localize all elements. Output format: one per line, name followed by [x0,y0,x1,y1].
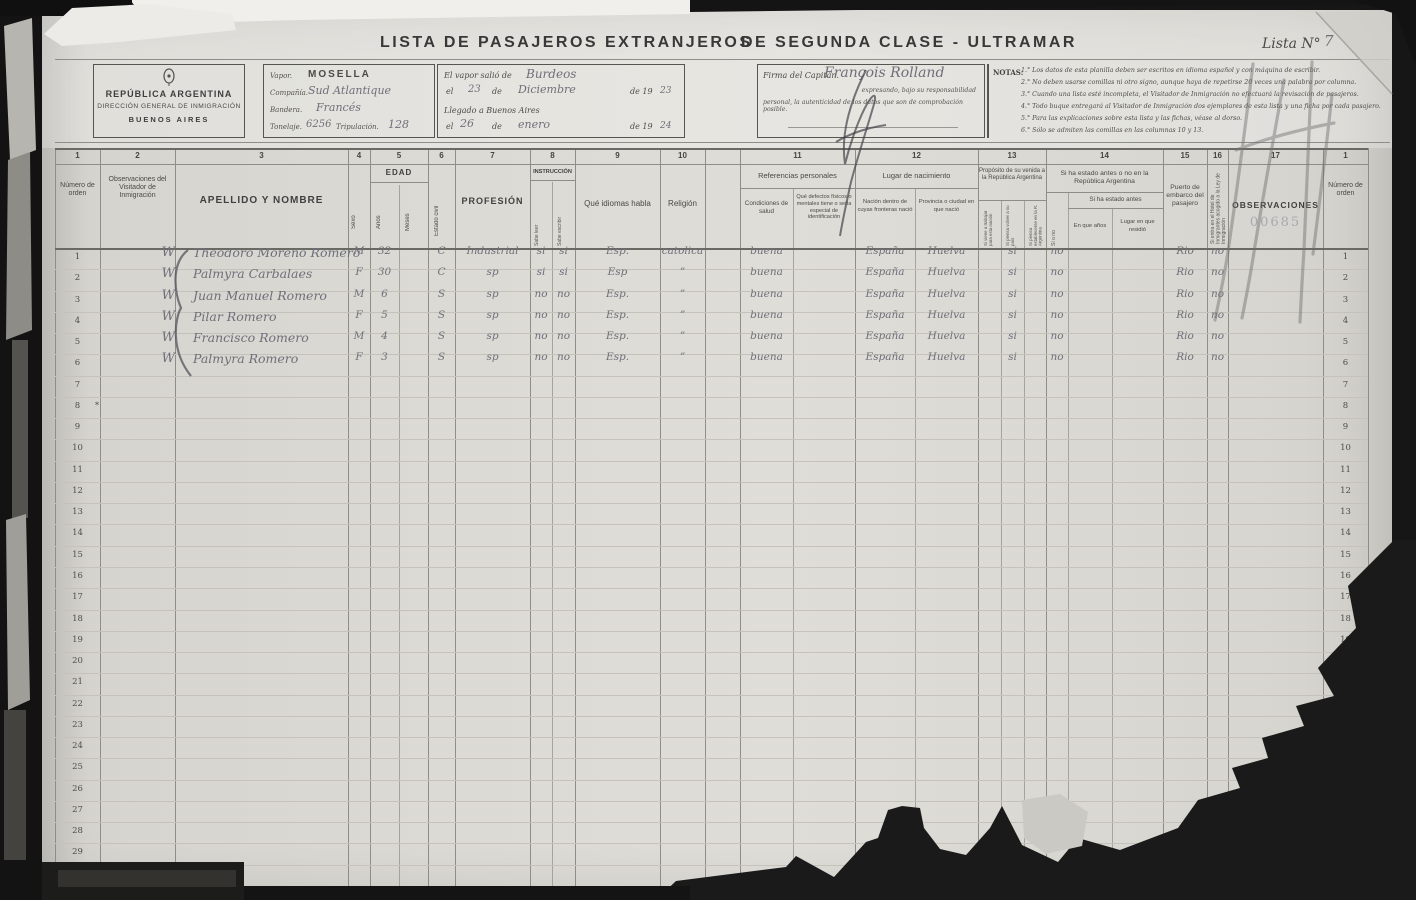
table-cell: W [100,266,181,287]
table-cell: 6 [370,288,399,309]
table-cell: S [428,351,455,372]
row-line [55,376,1368,377]
row-line [55,397,1368,398]
grid-line-v [793,188,794,886]
grid-line-v [978,148,979,886]
row-number-left: 29 [55,847,100,857]
table-cell: Theodoro Moreno Romero [175,245,366,266]
row-number-left: 24 [55,741,100,751]
table-cell: ” [660,266,705,287]
row-number-right: 11 [1323,465,1368,475]
row-line [55,524,1368,525]
table-cell: Huelva [915,245,978,266]
grid-line-v [1228,148,1229,886]
grid-line-h [855,188,978,189]
table-cell: no [1046,351,1068,372]
table-cell: M [348,245,370,266]
table-cell: ” [660,309,705,330]
row-line [55,652,1368,653]
row-number-right: 13 [1323,507,1368,517]
table-cell: Esp. [575,288,660,309]
row-line [55,546,1368,547]
row-line [55,801,1368,802]
row-number-right: 21 [1323,677,1368,687]
column-number: 12 [855,151,978,160]
table-cell: Palmyra Romero [175,351,366,372]
row-number-left: 7 [55,380,100,390]
table-cell: sp [455,330,530,351]
row-number-left: 1 [55,252,100,262]
table-cell: sp [455,288,530,309]
table-cell: 30 [370,266,399,287]
row-number-left: 23 [55,720,100,730]
table-cell: no [1207,309,1228,330]
row-number-left: 9 [55,422,100,432]
table-cell: Rio [1163,245,1207,266]
table-cell: no [1207,288,1228,309]
row-number-right: 16 [1323,571,1368,581]
table-cell: no [552,288,575,309]
grid-line-h [530,180,575,181]
row-number-right: 1 [1323,252,1368,262]
table-cell: Rio [1163,351,1207,372]
row-asterisk: * [92,401,102,411]
table-cell: Esp. [575,330,660,351]
row-number-left: 12 [55,486,100,496]
table-cell: W [100,288,181,309]
row-number-right: 10 [1323,443,1368,453]
table-cell: Esp. [575,351,660,372]
row-number-right: 14 [1323,528,1368,538]
table-cell: M [348,330,370,351]
row-line [55,865,1368,866]
row-line [55,418,1368,419]
row-number-right: 27 [1323,805,1368,815]
table-cell: buena [740,309,793,330]
row-number-right: 22 [1323,699,1368,709]
table-cell: no [552,330,575,351]
table-cell: Rio [1163,288,1207,309]
table-cell: España [855,266,915,287]
row-number-left: 26 [55,784,100,794]
grid-line-h [55,886,1368,888]
row-line [55,758,1368,759]
grid-line-h [55,164,1368,165]
table-cell: si [1001,351,1024,372]
table-cell: C [428,266,455,287]
row-number-left: 15 [55,550,100,560]
row-number-right: 8 [1323,401,1368,411]
table-cell: si [1001,266,1024,287]
row-number-left: 5 [55,337,100,347]
table-cell: si [1001,330,1024,351]
table-cell: si [552,245,575,266]
table-cell: si [530,245,552,266]
column-number: 7 [455,151,530,160]
row-line [55,716,1368,717]
row-line [55,631,1368,632]
table-cell: 4 [370,330,399,351]
table-cell: M [348,288,370,309]
row-number-left: 2 [55,273,100,283]
table-cell: C [428,245,455,266]
table-cell: buena [740,288,793,309]
row-number-right: 5 [1323,337,1368,347]
column-number: 2 [100,151,175,160]
row-number-right: 17 [1323,592,1368,602]
table-cell: no [1046,245,1068,266]
table-cell: Huelva [915,266,978,287]
row-number-left: 10 [55,443,100,453]
table-cell: S [428,309,455,330]
table-cell: no [530,288,552,309]
table-cell: no [530,309,552,330]
row-number-right: 2 [1323,273,1368,283]
row-number-right: 29 [1323,847,1368,857]
table-cell: S [428,288,455,309]
column-number: 11 [740,151,855,160]
column-number: 8 [530,151,575,160]
grid-line-v [1112,208,1113,886]
row-number-left: 19 [55,635,100,645]
row-number-right: 19 [1323,635,1368,645]
table-cell: S [428,330,455,351]
table-cell: si [530,266,552,287]
row-line [55,695,1368,696]
column-number: 4 [348,151,370,160]
row-number-right: 18 [1323,614,1368,624]
scanned-document-background: LISTA DE PASAJEROS EXTRANJEROS DE SEGUND… [0,0,1416,900]
grid-line-h [370,182,428,183]
table-cell: si [1001,288,1024,309]
column-number: 1 [1323,151,1368,160]
grid-line-h [978,200,1046,201]
row-number-right: 9 [1323,422,1368,432]
table-cell: Huelva [915,288,978,309]
row-number-right: 24 [1323,741,1368,751]
row-line [55,673,1368,674]
row-number-right: 26 [1323,784,1368,794]
table-cell: no [1046,288,1068,309]
grid-line-h [1068,208,1163,209]
row-number-left: 16 [55,571,100,581]
table-cell: Esp. [575,309,660,330]
column-number: 14 [1046,151,1163,160]
row-number-left: 11 [55,465,100,475]
table-body: 1234567891011121314151617111223344556677… [0,0,1416,900]
table-cell: Rio [1163,309,1207,330]
row-number-right: 15 [1323,550,1368,560]
row-line [55,567,1368,568]
row-number-left: 13 [55,507,100,517]
table-cell: si [1001,245,1024,266]
row-line [55,503,1368,504]
table-cell: 5 [370,309,399,330]
row-number-right: 30 [1323,869,1368,879]
table-cell: España [855,288,915,309]
row-number-right: 3 [1323,295,1368,305]
table-cell: Francisco Romero [175,330,366,351]
row-line [55,461,1368,462]
table-cell: F [348,266,370,287]
table-cell: Huelva [915,330,978,351]
table-cell: Industrial [455,245,530,266]
column-number: 13 [978,151,1046,160]
row-number-right: 7 [1323,380,1368,390]
column-number: 15 [1163,151,1207,160]
table-cell: si [552,266,575,287]
column-number: 3 [175,151,348,160]
column-number: 10 [660,151,705,160]
table-cell: España [855,330,915,351]
table-cell: buena [740,245,793,266]
row-number-left: 28 [55,826,100,836]
row-line [55,482,1368,483]
row-number-left: 27 [55,805,100,815]
table-cell: Huelva [915,351,978,372]
row-line [55,610,1368,611]
row-number-left: 3 [55,295,100,305]
table-cell: no [1046,266,1068,287]
row-number-right: 25 [1323,762,1368,772]
grid-line-h [1046,192,1163,193]
row-number-left: 17 [55,592,100,602]
row-number-left: 20 [55,656,100,666]
table-cell: Juan Manuel Romero [175,288,366,309]
table-cell: España [855,245,915,266]
table-cell: España [855,309,915,330]
row-number-left: 18 [55,614,100,624]
table-cell: no [1207,351,1228,372]
table-cell: no [1207,245,1228,266]
column-number: 5 [370,151,428,160]
row-line [55,588,1368,589]
table-cell: 3 [370,351,399,372]
row-number-right: 4 [1323,316,1368,326]
table-cell: Rio [1163,266,1207,287]
grid-line-h [740,188,855,189]
grid-line-h [55,148,1368,150]
grid-line-v [1024,200,1025,886]
grid-line-v [1068,192,1069,886]
table-cell: W [100,351,181,372]
column-number: 9 [575,151,660,160]
table-cell: F [348,351,370,372]
table-cell: Esp. [575,245,660,266]
table-cell: si [1001,309,1024,330]
table-cell: España [855,351,915,372]
column-number: 1 [55,151,100,160]
column-number: 17 [1228,151,1323,160]
table-cell: W [100,330,181,351]
row-number-right: 12 [1323,486,1368,496]
table-cell: catolica [660,245,705,266]
table-cell: no [552,351,575,372]
row-number-right: 20 [1323,656,1368,666]
row-line [55,737,1368,738]
row-number-left: 21 [55,677,100,687]
row-number-left: 30 [55,869,100,879]
row-number-right: 23 [1323,720,1368,730]
table-cell: no [1046,330,1068,351]
table-cell: buena [740,266,793,287]
table-cell: Rio [1163,330,1207,351]
row-number-right: 6 [1323,358,1368,368]
row-number-left: 4 [55,316,100,326]
table-cell: ” [660,330,705,351]
table-cell: Huelva [915,309,978,330]
table-cell: no [1207,266,1228,287]
row-line [55,439,1368,440]
table-cell: no [530,351,552,372]
table-cell: ” [660,351,705,372]
table-cell: Esp [575,266,660,287]
table-cell: ” [660,288,705,309]
table-cell: sp [455,351,530,372]
table-cell: Palmyra Carbalaes [175,266,366,287]
table-cell: no [1046,309,1068,330]
table-cell: buena [740,330,793,351]
row-line [55,780,1368,781]
grid-line-v [1368,148,1369,886]
column-number: 6 [428,151,455,160]
table-cell: no [530,330,552,351]
row-number-left: 14 [55,528,100,538]
table-cell: sp [455,266,530,287]
table-cell: Pilar Romero [175,309,366,330]
row-number-left: 6 [55,358,100,368]
row-number-right: 28 [1323,826,1368,836]
table-cell: 32 [370,245,399,266]
table-cell: W [100,309,181,330]
table-cell: F [348,309,370,330]
table-cell: no [552,309,575,330]
row-number-left: 25 [55,762,100,772]
table-cell: sp [455,309,530,330]
table-cell: buena [740,351,793,372]
row-line [55,822,1368,823]
row-number-left: 22 [55,699,100,709]
table-cell: no [1207,330,1228,351]
row-line [55,843,1368,844]
grid-line-v [705,148,706,886]
table-cell: W [100,245,181,266]
column-number: 16 [1207,151,1228,160]
